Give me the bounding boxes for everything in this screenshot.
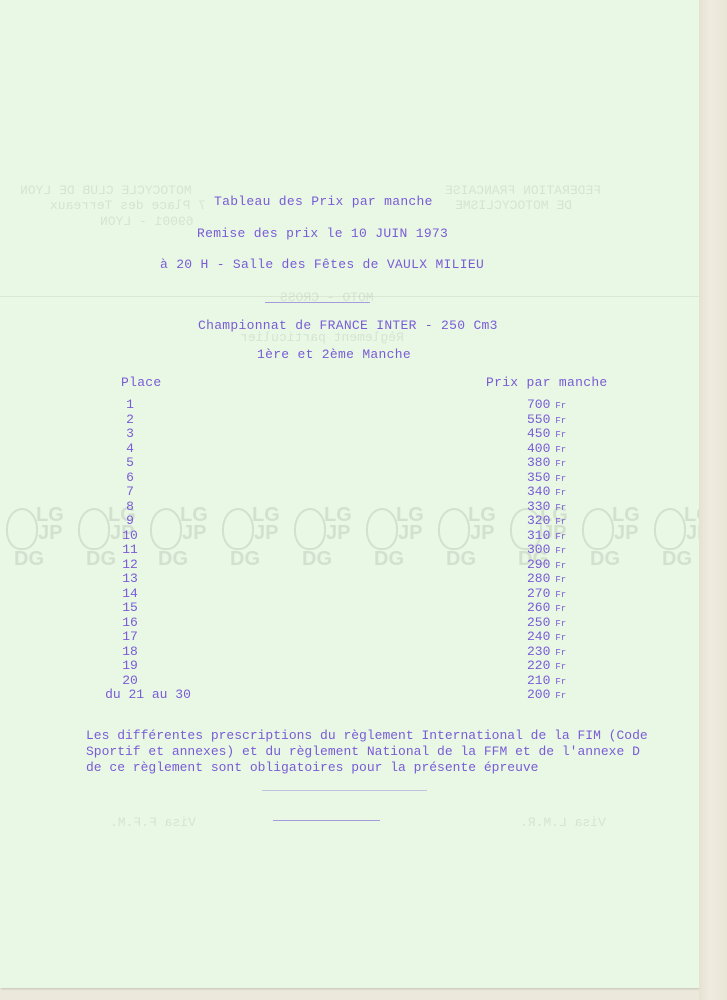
place-cell: 19 bbox=[100, 658, 160, 673]
paragraph-line: Sportif et annexes) et du règlement Nati… bbox=[86, 744, 706, 760]
currency-label: Fr bbox=[555, 503, 566, 513]
place-cell: 4 bbox=[100, 441, 160, 456]
table-row: 18230Fr bbox=[0, 644, 699, 657]
place-cell: 18 bbox=[100, 644, 160, 659]
table-row: 1700Fr bbox=[0, 397, 699, 410]
bleed-right-header-3: 69001 - LYON bbox=[100, 214, 194, 229]
currency-label: Fr bbox=[555, 416, 566, 426]
prize-value: 550 bbox=[527, 412, 550, 427]
currency-label: Fr bbox=[555, 619, 566, 629]
place-cell: 14 bbox=[100, 586, 160, 601]
currency-label: Fr bbox=[555, 662, 566, 672]
currency-label: Fr bbox=[555, 474, 566, 484]
rounds-label: 1ère et 2ème Manche bbox=[257, 347, 411, 362]
table-row: 17240Fr bbox=[0, 629, 699, 642]
paragraph-line: Les différentes prescriptions du règleme… bbox=[86, 728, 706, 744]
award-date: Remise des prix le 10 JUIN 1973 bbox=[197, 226, 448, 241]
place-cell: 8 bbox=[100, 499, 160, 514]
currency-label: Fr bbox=[555, 430, 566, 440]
prize-cell: 700Fr bbox=[527, 397, 566, 412]
prize-cell: 250Fr bbox=[527, 615, 566, 630]
prize-cell: 380Fr bbox=[527, 455, 566, 470]
scan-edge bbox=[699, 0, 727, 1000]
bleed-right-header-1: MOTOCYCLE CLUB DE LYON bbox=[20, 183, 192, 198]
prize-cell: 450Fr bbox=[527, 426, 566, 441]
table-row: 6350Fr bbox=[0, 470, 699, 483]
currency-label: Fr bbox=[555, 677, 566, 687]
prize-cell: 310Fr bbox=[527, 528, 566, 543]
currency-label: Fr bbox=[555, 517, 566, 527]
currency-label: Fr bbox=[555, 648, 566, 658]
table-row: 7340Fr bbox=[0, 484, 699, 497]
currency-label: Fr bbox=[555, 401, 566, 411]
prize-cell: 240Fr bbox=[527, 629, 566, 644]
prize-value: 220 bbox=[527, 658, 550, 673]
currency-label: Fr bbox=[555, 561, 566, 571]
prize-value: 260 bbox=[527, 600, 550, 615]
column-header-place: Place bbox=[121, 375, 162, 390]
prize-cell: 260Fr bbox=[527, 600, 566, 615]
table-row: 15260Fr bbox=[0, 600, 699, 613]
prize-value: 330 bbox=[527, 499, 550, 514]
table-row: 10310Fr bbox=[0, 528, 699, 541]
bleed-visa-left: Visa L.M.R. bbox=[520, 815, 606, 830]
table-row: 14270Fr bbox=[0, 586, 699, 599]
signature-line bbox=[273, 820, 380, 821]
table-row: 20210Fr bbox=[0, 673, 699, 686]
table-row: 11300Fr bbox=[0, 542, 699, 555]
prize-value: 350 bbox=[527, 470, 550, 485]
prize-value: 700 bbox=[527, 397, 550, 412]
table-row: 3450Fr bbox=[0, 426, 699, 439]
currency-label: Fr bbox=[555, 691, 566, 701]
table-row: 12290Fr bbox=[0, 557, 699, 570]
prize-value: 200 bbox=[527, 687, 550, 702]
place-cell: 16 bbox=[100, 615, 160, 630]
venue: à 20 H - Salle des Fêtes de VAULX MILIEU bbox=[160, 257, 484, 272]
currency-label: Fr bbox=[555, 532, 566, 542]
currency-label: Fr bbox=[555, 445, 566, 455]
championship-title: Championnat de FRANCE INTER - 250 Cm3 bbox=[198, 318, 498, 333]
currency-label: Fr bbox=[555, 575, 566, 585]
prize-cell: 220Fr bbox=[527, 658, 566, 673]
prize-cell: 210Fr bbox=[527, 673, 566, 688]
regulations-paragraph: Les différentes prescriptions du règleme… bbox=[86, 728, 706, 776]
prize-value: 310 bbox=[527, 528, 550, 543]
prize-cell: 280Fr bbox=[527, 571, 566, 586]
place-cell: 10 bbox=[100, 528, 160, 543]
place-cell: du 21 au 30 bbox=[88, 687, 208, 702]
prize-cell: 550Fr bbox=[527, 412, 566, 427]
currency-label: Fr bbox=[555, 459, 566, 469]
place-cell: 15 bbox=[100, 600, 160, 615]
prize-cell: 200Fr bbox=[527, 687, 566, 702]
prize-value: 300 bbox=[527, 542, 550, 557]
prize-cell: 230Fr bbox=[527, 644, 566, 659]
prize-cell: 300Fr bbox=[527, 542, 566, 557]
table-row: 8330Fr bbox=[0, 499, 699, 512]
prize-value: 280 bbox=[527, 571, 550, 586]
bleed-visa-right: Visa F.F.M. bbox=[110, 815, 196, 830]
prize-value: 240 bbox=[527, 629, 550, 644]
signature-line bbox=[262, 790, 427, 791]
prize-cell: 340Fr bbox=[527, 484, 566, 499]
table-row: 19220Fr bbox=[0, 658, 699, 671]
place-cell: 20 bbox=[100, 673, 160, 688]
currency-label: Fr bbox=[555, 488, 566, 498]
document-title: Tableau des Prix par manche bbox=[214, 194, 433, 209]
prize-value: 270 bbox=[527, 586, 550, 601]
prize-value: 340 bbox=[527, 484, 550, 499]
paragraph-line: de ce règlement sont obligatoires pour l… bbox=[86, 760, 706, 776]
place-cell: 13 bbox=[100, 571, 160, 586]
place-cell: 9 bbox=[100, 513, 160, 528]
divider bbox=[265, 302, 370, 303]
column-header-prize: Prix par manche bbox=[486, 375, 608, 390]
place-cell: 6 bbox=[100, 470, 160, 485]
prize-value: 320 bbox=[527, 513, 550, 528]
prize-value: 400 bbox=[527, 441, 550, 456]
currency-label: Fr bbox=[555, 546, 566, 556]
table-row: 9320Fr bbox=[0, 513, 699, 526]
prize-cell: 350Fr bbox=[527, 470, 566, 485]
bleed-left-header-2: DE MOTOCYCLISME bbox=[455, 198, 572, 213]
place-cell: 11 bbox=[100, 542, 160, 557]
place-cell: 17 bbox=[100, 629, 160, 644]
prize-value: 290 bbox=[527, 557, 550, 572]
prize-value: 250 bbox=[527, 615, 550, 630]
table-row: 13280Fr bbox=[0, 571, 699, 584]
document-page: FEDERATION FRANCAISE DE MOTOCYCLISME MOT… bbox=[0, 0, 699, 988]
prize-cell: 330Fr bbox=[527, 499, 566, 514]
table-row: 2550Fr bbox=[0, 412, 699, 425]
table-row: du 21 au 30200Fr bbox=[0, 687, 699, 700]
place-cell: 3 bbox=[100, 426, 160, 441]
prize-cell: 320Fr bbox=[527, 513, 566, 528]
place-cell: 5 bbox=[100, 455, 160, 470]
table-row: 5380Fr bbox=[0, 455, 699, 468]
prize-value: 210 bbox=[527, 673, 550, 688]
bleed-left-header-1: FEDERATION FRANCAISE bbox=[445, 183, 601, 198]
prize-cell: 290Fr bbox=[527, 557, 566, 572]
place-cell: 7 bbox=[100, 484, 160, 499]
prize-value: 380 bbox=[527, 455, 550, 470]
currency-label: Fr bbox=[555, 633, 566, 643]
table-row: 16250Fr bbox=[0, 615, 699, 628]
prize-value: 450 bbox=[527, 426, 550, 441]
place-cell: 2 bbox=[100, 412, 160, 427]
table-row: 4400Fr bbox=[0, 441, 699, 454]
place-cell: 12 bbox=[100, 557, 160, 572]
place-cell: 1 bbox=[100, 397, 160, 412]
prize-value: 230 bbox=[527, 644, 550, 659]
bleed-right-header-2: 7 Place des Terreaux bbox=[50, 198, 206, 213]
currency-label: Fr bbox=[555, 604, 566, 614]
prize-cell: 400Fr bbox=[527, 441, 566, 456]
currency-label: Fr bbox=[555, 590, 566, 600]
prize-cell: 270Fr bbox=[527, 586, 566, 601]
